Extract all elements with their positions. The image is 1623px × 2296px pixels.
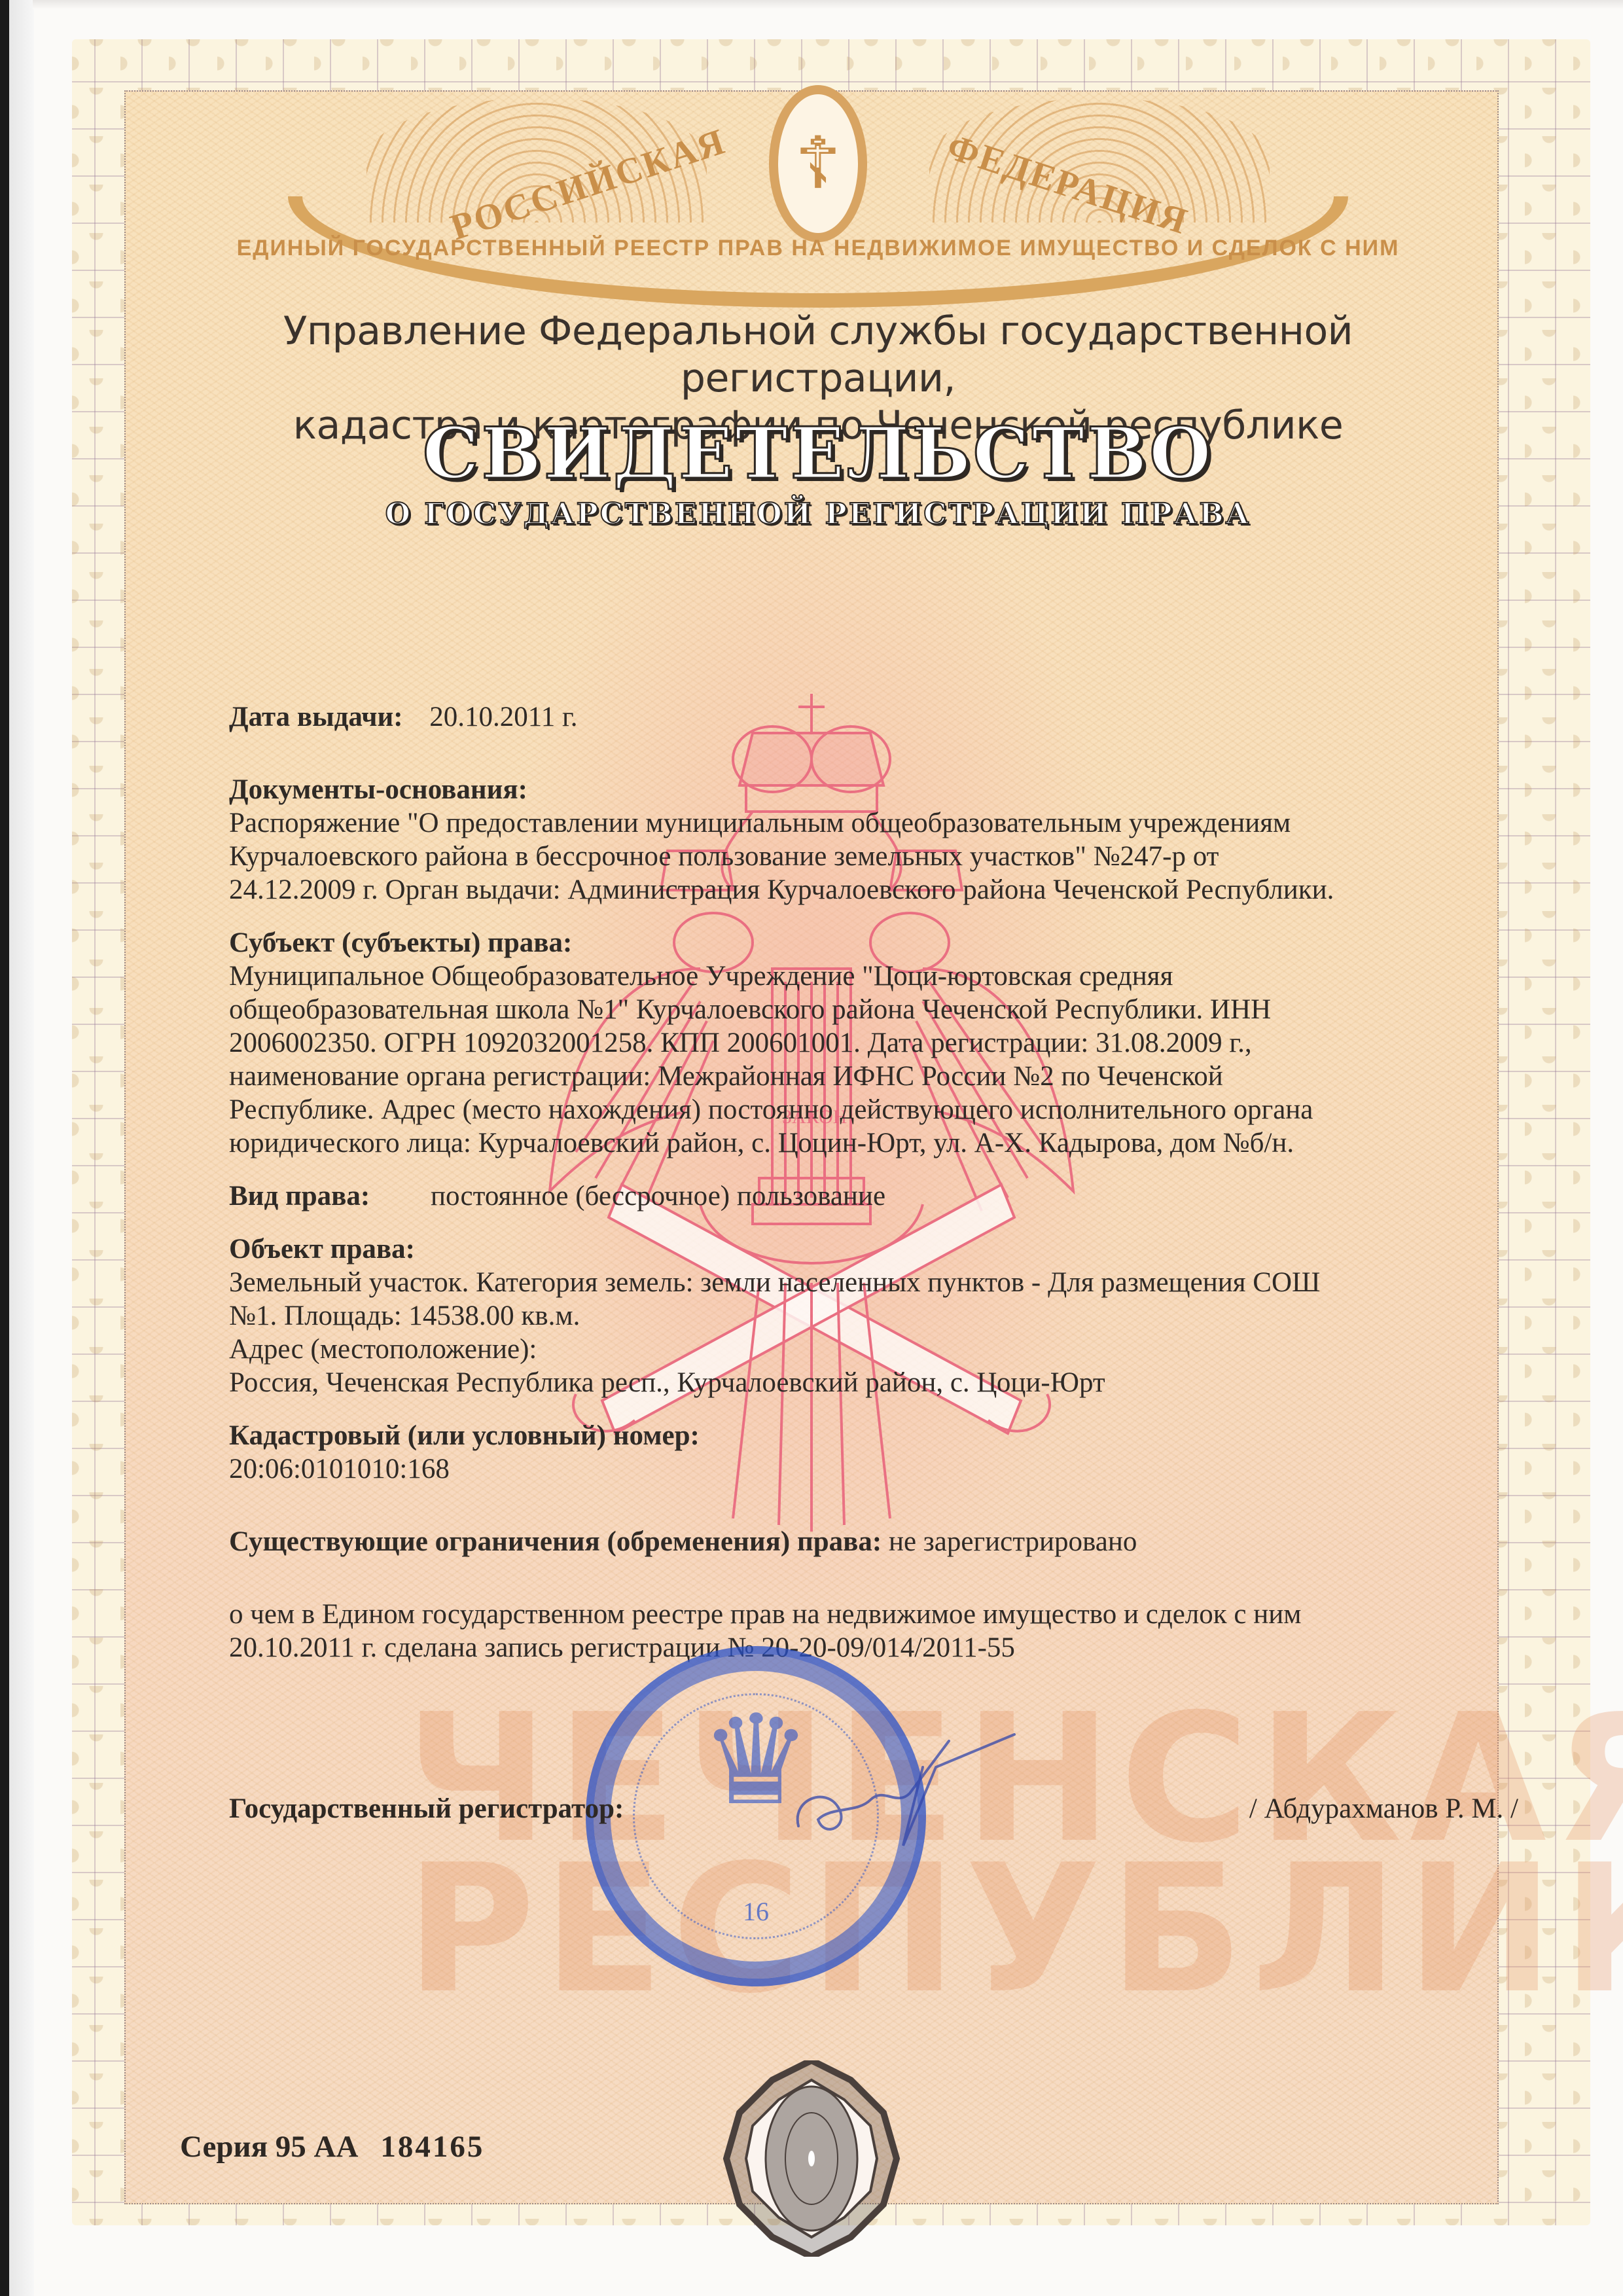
issue-date-row: Дата выдачи: 20.10.2011 г. [229,700,1518,734]
object-line: №1. Площадь: 14538.00 кв.м. [229,1299,1518,1333]
cadastral-number: 20:06:0101010:168 [229,1452,1518,1486]
object-label: Объект права: [229,1232,1518,1266]
issue-date-value: 20.10.2011 г. [429,702,577,732]
object-line: Адрес (местоположение): [229,1333,1518,1366]
double-headed-eagle-icon: ☦ [794,128,841,200]
basis-line: Курчалоевского района в бессрочное польз… [229,840,1518,873]
encumbrance-label: Существующие ограничения (обременения) п… [229,1526,882,1557]
cadastral-label: Кадастровый (или условный) номер: [229,1419,1518,1452]
series-label: Серия 95 АА [180,2130,358,2164]
emblem-medallion: ☦ [769,85,867,242]
subject-line: общеобразовательная школа №1" Курчалоевс… [229,993,1518,1026]
registry-banner: ЕДИНЫЙ ГОСУДАРСТВЕННЫЙ РЕЕСТР ПРАВ НА НЕ… [196,236,1440,261]
right-type-row: Вид права: постоянное (бессрочное) польз… [229,1179,1518,1213]
document-title: СВИДЕТЕЛЬСТВО [196,412,1440,495]
subject-line: 2006002350. ОГРН 1092032001258. КПП 2006… [229,1026,1518,1060]
object-line: Земельный участок. Категория земель: зем… [229,1266,1518,1299]
subject-line: Муниципальное Общеобразовательное Учрежд… [229,960,1518,993]
scanner-top-edge [33,0,1623,9]
basis-label: Документы-основания: [229,773,1518,806]
subject-line: наименование органа регистрации: Межрайо… [229,1060,1518,1093]
encumbrance-row: Существующие ограничения (обременения) п… [229,1525,1518,1558]
encumbrance-value: не зарегистрировано [889,1526,1137,1557]
scanner-margin [9,0,34,2296]
registrar-label: Государственный регистратор: [229,1792,624,1825]
registrar-name: / Абдурахманов Р. М. / [1249,1792,1518,1825]
record-line: о чем в Едином государственном реестре п… [229,1598,1518,1631]
right-type-value: постоянное (бессрочное) пользование [431,1181,885,1211]
security-rosette-icon [681,2060,942,2257]
issue-date-label: Дата выдачи: [229,702,403,732]
agency-line-1: Управление Федеральной службы государств… [196,308,1440,402]
certificate-body: Дата выдачи: 20.10.2011 г. Документы-осн… [229,700,1518,1664]
stamp-number: 16 [594,1896,918,1927]
registrar-row: Государственный регистратор: / Абдурахма… [229,1792,1518,1831]
subject-line: Республике. Адрес (место нахождения) пос… [229,1093,1518,1126]
record-line: 20.10.2011 г. сделана запись регистрации… [229,1631,1518,1664]
right-type-label: Вид права: [229,1181,370,1211]
document-subtitle: О ГОСУДАРСТВЕННОЙ РЕГИСТРАЦИИ ПРАВА [196,497,1440,531]
object-line: Россия, Чеченская Республика респ., Курч… [229,1366,1518,1399]
basis-line: Распоряжение "О предоставлении муниципал… [229,806,1518,840]
subject-line: юридического лица: Курчалоевский район, … [229,1126,1518,1160]
basis-line: 24.12.2009 г. Орган выдачи: Администраци… [229,873,1518,906]
subject-label: Субъект (субъекты) права: [229,926,1518,960]
blank-number: 184165 [380,2130,484,2164]
scanner-edge [0,0,9,2296]
series-number: Серия 95 АА184165 [180,2129,484,2164]
